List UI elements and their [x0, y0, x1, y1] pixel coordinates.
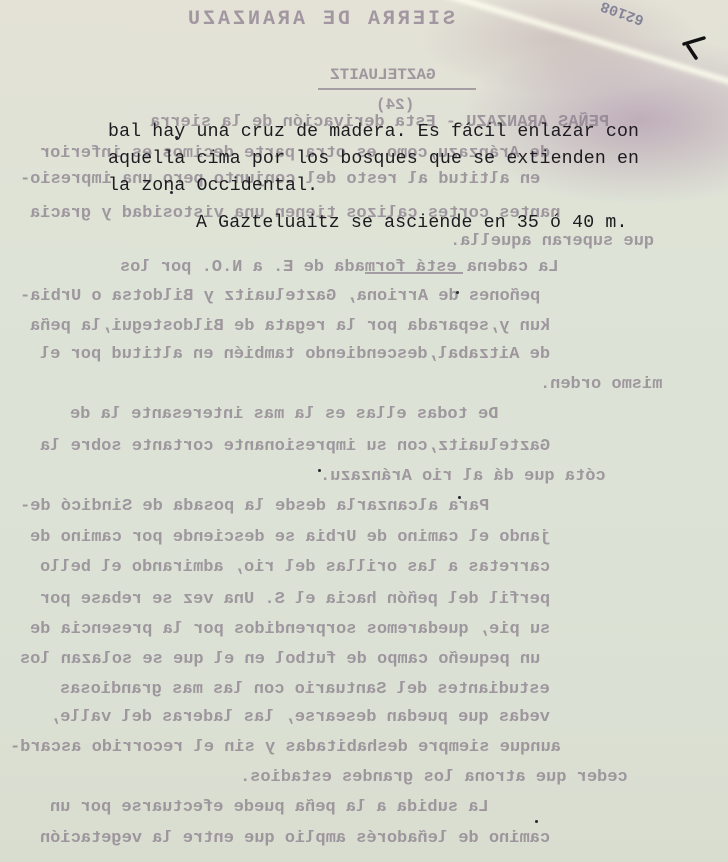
ink-speck	[458, 496, 461, 499]
reverse-line: camino de leñadorés amplio que entre la …	[40, 829, 550, 848]
ink-speck	[170, 191, 173, 194]
reverse-line: cóta que dá al rio Aránzazu.	[320, 467, 606, 486]
reverse-section-title: GAZTELUAITZ	[330, 66, 436, 84]
reverse-section-number: (24)	[376, 96, 414, 114]
text-line: aquella cima por los bosques que se exti…	[108, 149, 639, 169]
reverse-line: perfil del peñón hacia el S. Una vez se …	[40, 590, 550, 609]
text-line: la zona Occidental.	[108, 176, 318, 196]
reverse-line: ceder que atrona los grandes estadios.	[240, 768, 628, 787]
reverse-line: Para alcanzarla desde la posada de Sindi…	[20, 497, 489, 516]
title-underline	[318, 88, 476, 90]
reverse-line: de Aitzabal,descendiendo también en alti…	[40, 345, 550, 364]
ink-speck	[175, 136, 178, 139]
text-line: bal hay una cruz de madera. Es fácil enl…	[108, 122, 639, 142]
ink-speck	[456, 291, 459, 294]
underline	[365, 272, 463, 274]
reverse-line: aunque siempre deshabitadas y sin el rec…	[10, 738, 561, 757]
reverse-line: peñones de Arriona, Gazteluaitz y Bildot…	[20, 287, 540, 306]
reverse-header: SIERRA DE ARANZAZU	[185, 8, 455, 31]
reverse-line: carretas a las orillas del rio, admirand…	[40, 558, 550, 577]
reverse-line: kun y,separada por la regata de Bildoste…	[30, 317, 550, 336]
reverse-line: jando el camino de Urbia se desciende po…	[30, 528, 550, 547]
reverse-line: que superan aquella.	[450, 232, 654, 251]
reverse-line: Gazteluaitz,con su impresionante cortant…	[40, 437, 550, 456]
reverse-line: un pequeño campo de futbol en el que se …	[20, 650, 540, 669]
reverse-line: estudiantes del Santuario con las mas gr…	[60, 680, 550, 699]
reverse-line: De todas ellas es la mas interesante la …	[70, 405, 498, 424]
reverse-line: vedas que puedan desearse, las laderas d…	[50, 708, 550, 727]
reverse-line: mismo orden.	[540, 375, 662, 394]
ink-speck	[535, 820, 538, 823]
reverse-line: su pie, quedaremos sorprendidos por la p…	[30, 620, 550, 639]
text-line: A Gazteluaitz se asciende en 35 ó 40 m.	[196, 213, 628, 233]
reverse-line: La subida a la peña puede efectuarse por…	[50, 798, 489, 817]
ink-speck	[318, 469, 321, 472]
reverse-line: La cadena está formada de E. a N.O. por …	[120, 258, 559, 277]
